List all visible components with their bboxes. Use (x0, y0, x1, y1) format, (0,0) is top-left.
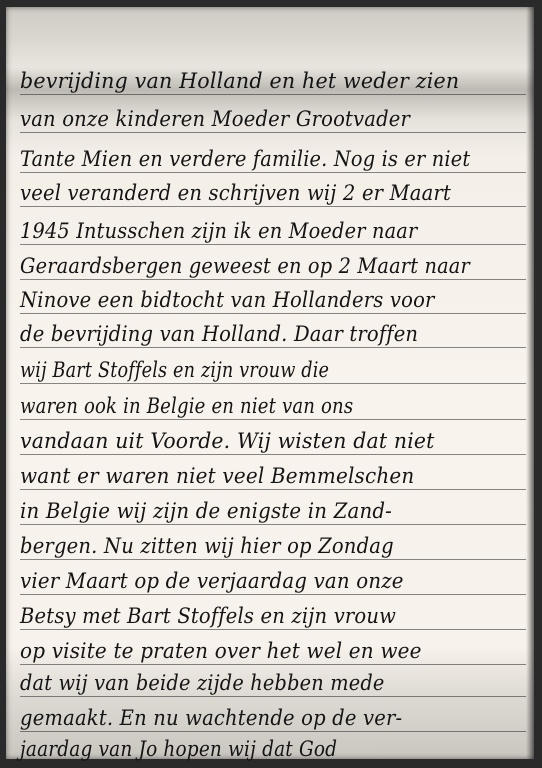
ruled-line: wij Bart Stoffels en zijn vrouw die (20, 344, 526, 384)
text-line: wij Bart Stoffels en zijn vrouw die (20, 358, 329, 382)
scanned-page: bevrijding van Holland en het weder zien… (0, 0, 542, 768)
text-line: jaardag van Jo hopen wij dat God (20, 737, 337, 761)
text-line: veel veranderd en schrijven wij 2 er Maa… (20, 181, 451, 205)
ruled-line: de bevrijding van Holland. Daar troffen (20, 308, 526, 348)
ruled-line: jaardag van Jo hopen wij dat God (20, 723, 526, 763)
ruled-line: dat wij van beide zijde hebben mede (20, 657, 526, 697)
handwritten-text-body: bevrijding van Holland en het weder zien… (6, 7, 534, 759)
ruled-line: van onze kinderen Moeder Grootvader (20, 93, 526, 133)
text-line: van onze kinderen Moeder Grootvader (20, 107, 410, 131)
ruled-line: bevrijding van Holland en het weder zien (20, 55, 526, 95)
ruled-line: waren ook in Belgie en niet van ons (20, 380, 526, 420)
text-line: de bevrijding van Holland. Daar troffen (20, 322, 418, 346)
text-line: bevrijding van Holland en het weder zien (20, 69, 459, 93)
ruled-line: veel veranderd en schrijven wij 2 er Maa… (20, 167, 526, 207)
ruled-line: vandaan uit Voorde. Wij wisten dat niet (20, 415, 526, 455)
ruled-line: want er waren niet veel Bemmelschen (20, 450, 526, 490)
ruled-line: vier Maart op de verjaardag van onze (20, 555, 526, 595)
ruled-line: 1945 Intusschen zijn ik en Moeder naar (20, 205, 526, 245)
ruled-line: Betsy met Bart Stoffels en zijn vrouw (20, 590, 526, 630)
ruled-line: in Belgie wij zijn de enigste in Zand- (20, 485, 526, 525)
paper-sheet: bevrijding van Holland en het weder zien… (6, 7, 534, 759)
ruled-line: bergen. Nu zitten wij hier op Zondag (20, 520, 526, 560)
